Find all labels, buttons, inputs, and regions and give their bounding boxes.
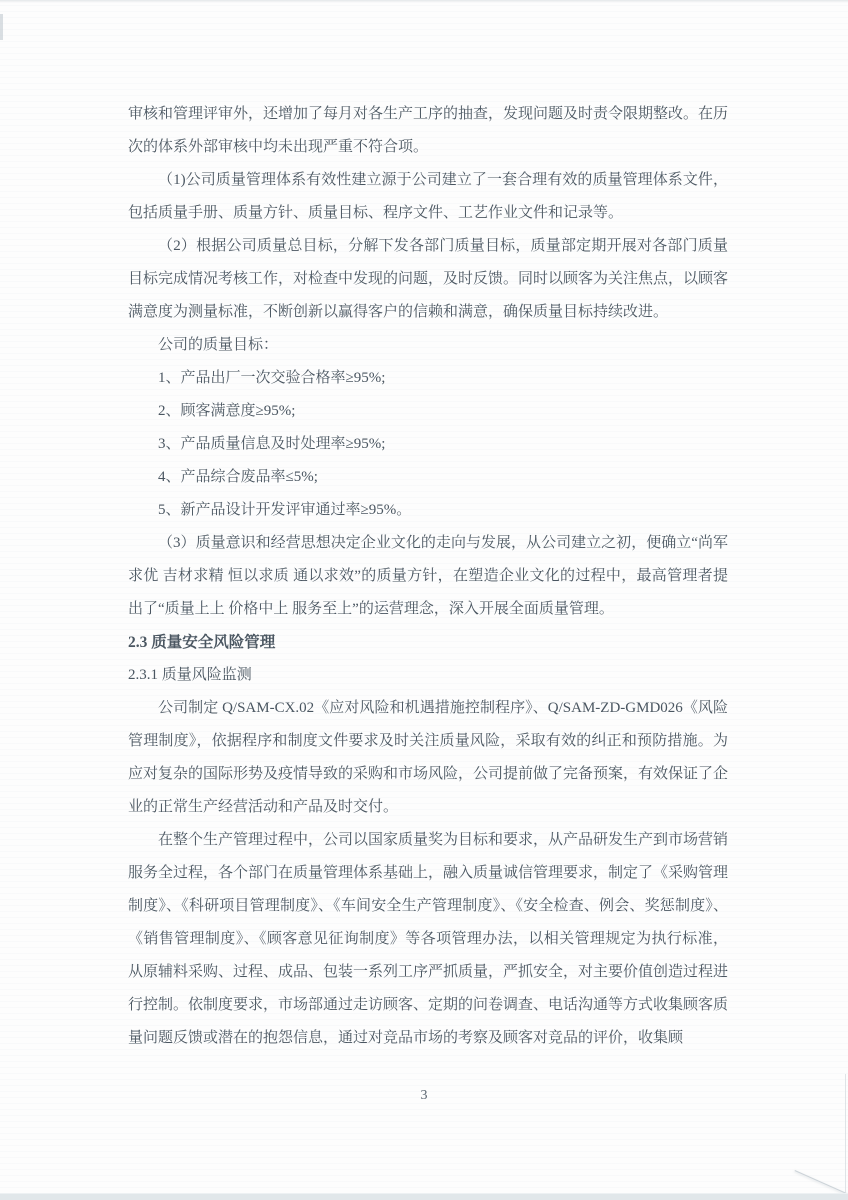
page-number: 3 xyxy=(421,1088,428,1103)
quality-target-item: 4、产品综合废品率≤5%; xyxy=(128,461,728,494)
paragraph-continued: 审核和管理评审外，还增加了每月对各生产工序的抽查，发现问题及时责令限期整改。在历… xyxy=(128,98,728,164)
scanned-document-page: 审核和管理评审外，还增加了每月对各生产工序的抽查，发现问题及时责令限期整改。在历… xyxy=(0,0,848,1200)
body-paragraph: 在整个生产管理过程中，公司以国家质量奖为目标和要求，从产品研发生产到市场营销服务… xyxy=(128,824,728,1055)
document-body: 审核和管理评审外，还增加了每月对各生产工序的抽查，发现问题及时责令限期整改。在历… xyxy=(128,98,728,1055)
body-paragraph: 公司制定 Q/SAM-CX.02《应对风险和机遇措施控制程序》、Q/SAM-ZD… xyxy=(128,692,728,824)
subsection-heading: 2.3.1 质量风险监测 xyxy=(128,659,728,692)
quality-target-item: 5、新产品设计开发评审通过率≥95%。 xyxy=(128,494,728,527)
scan-mark-left xyxy=(0,14,3,40)
scan-edge-bottom xyxy=(0,1193,848,1200)
quality-target-item: 1、产品出厂一次交验合格率≥95%; xyxy=(128,362,728,395)
section-heading: 2.3 质量安全风险管理 xyxy=(128,626,728,659)
quality-target-item: 2、顾客满意度≥95%; xyxy=(128,395,728,428)
page-footer: 3 xyxy=(0,1086,848,1106)
body-paragraph: （1)公司质量管理体系有效性建立源于公司建立了一套合理有效的质量管理体系文件，包… xyxy=(128,164,728,230)
scan-edge-top xyxy=(0,0,848,3)
body-paragraph: （3）质量意识和经营思想决定企业文化的走向与发展，从公司建立之初，便确立“尚军求… xyxy=(128,527,728,626)
body-paragraph: （2）根据公司质量总目标，分解下发各部门质量目标，质量部定期开展对各部门质量目标… xyxy=(128,230,728,329)
body-paragraph: 公司的质量目标： xyxy=(128,329,728,362)
scan-edge-right xyxy=(845,1074,846,1194)
quality-target-item: 3、产品质量信息及时处理率≥95%; xyxy=(128,428,728,461)
